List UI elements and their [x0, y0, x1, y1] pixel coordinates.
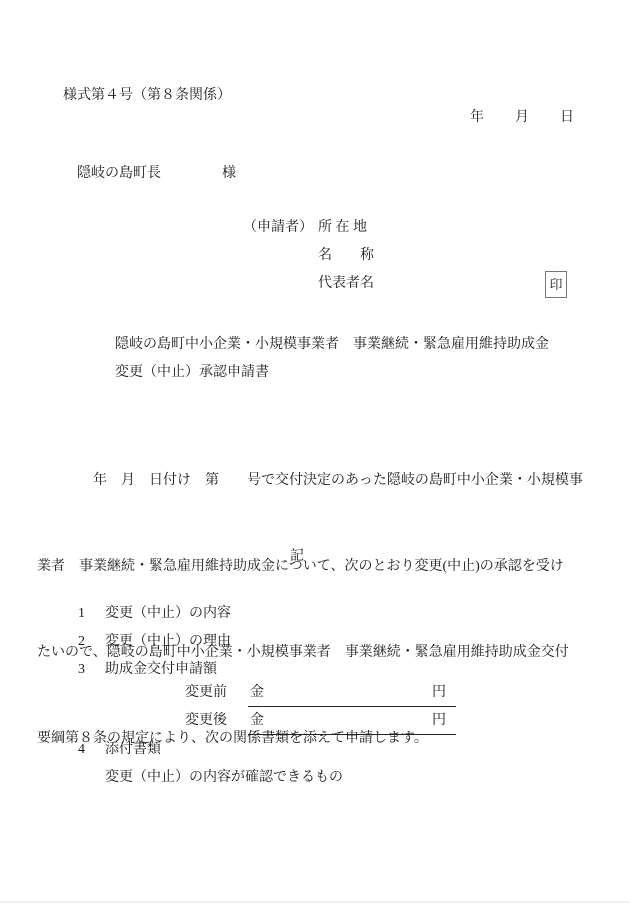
attachment-note: 変更（中止）の内容が確認できるもの: [105, 768, 343, 788]
currency-prefix: 金: [250, 711, 264, 731]
amount-label: 変更後: [185, 711, 248, 731]
body-line: 年 月 日付け 第 号で交付決定のあった隠岐の島町中小企業・小規模事: [37, 467, 577, 496]
date-line: 年 月 日: [470, 108, 575, 128]
list-item-number: 2: [78, 632, 105, 652]
list-item-2: 2変更（中止）の理由: [78, 632, 231, 652]
applicant-label: （申請者）: [243, 218, 313, 238]
document-title-line2: 変更（中止）承認申請書: [115, 363, 269, 383]
ki-heading: 記: [37, 547, 557, 567]
list-item-text: 添付書類: [105, 742, 161, 757]
list-item-4: 4添付書類: [78, 740, 161, 760]
list-item-text: 変更（中止）の内容: [105, 606, 231, 621]
representative-field-label: 代表者名: [318, 274, 374, 294]
addressee-honorific: 様: [222, 166, 236, 181]
currency-prefix: 金: [250, 683, 264, 703]
list-item-number: 1: [78, 604, 105, 624]
list-item-text: 助成金交付申請額: [105, 662, 217, 677]
address-field-label: 所 在 地: [318, 218, 367, 238]
name-field-label: 名 称: [318, 246, 374, 266]
list-item-1: 1変更（中止）の内容: [78, 604, 231, 624]
form-number: 様式第４号（第８条関係）: [63, 86, 231, 106]
document-page: 様式第４号（第８条関係） 年 月 日 隠岐の島町長様 （申請者） 所 在 地 名…: [0, 0, 630, 903]
list-item-number: 3: [78, 660, 105, 680]
amount-blank-field: 金円: [248, 683, 456, 707]
list-item-3: 3助成金交付申請額: [78, 660, 217, 680]
amount-blank-field: 金円: [248, 711, 456, 735]
currency-suffix: 円: [432, 683, 446, 703]
addressee: 隠岐の島町長: [77, 166, 161, 181]
amount-row-after: 変更後金円: [185, 711, 456, 735]
addressee-row: 隠岐の島町長様: [77, 164, 236, 184]
amount-label: 変更前: [185, 683, 248, 703]
list-item-text: 変更（中止）の理由: [105, 634, 231, 649]
document-title-line1: 隠岐の島町中小企業・小規模事業者 事業継続・緊急雇用維持助成金: [115, 335, 549, 355]
amount-row-before: 変更前金円: [185, 683, 456, 707]
list-item-number: 4: [78, 740, 105, 760]
currency-suffix: 円: [432, 711, 446, 731]
seal-box: 印: [545, 271, 567, 298]
